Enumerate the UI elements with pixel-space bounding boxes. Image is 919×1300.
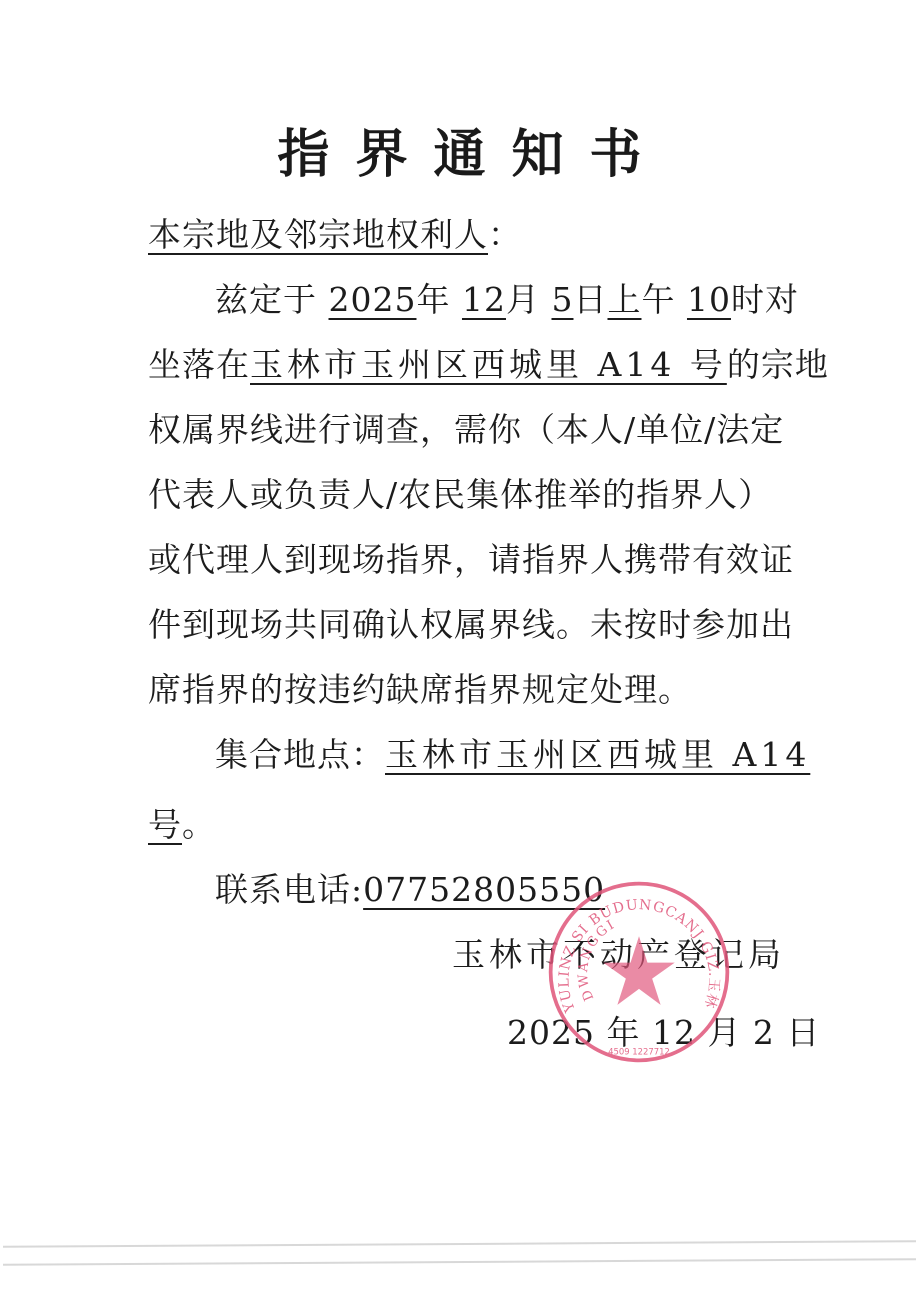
schedule-day: 5 [551,280,573,319]
meeting-place-line: 集合地点：玉林市玉州区西城里 A14 [215,735,810,775]
meeting-place-value: 玉林市玉州区西城里 A14 [385,735,810,774]
contact-phone: 07752805550 [363,870,605,909]
addressee-line: 本宗地及邻宗地权利人： [148,215,522,255]
issuer: 玉林市不动产登记局 [452,935,785,975]
scan-edge-line-2 [3,1258,916,1266]
year-unit: 年 [416,280,450,319]
location-line: 坐落在玉林市玉州区西城里 A14 号的宗地 [148,345,829,385]
month-unit: 月 [506,280,540,319]
scan-edge-line-1 [3,1240,916,1248]
contact-line: 联系电话:07752805550 [215,870,605,910]
schedule-line: 兹定于 2025年 12月 5日上午 10时对 [215,280,799,320]
body-line-6: 件到现场共同确认权属界线。未按时参加出 [148,605,794,645]
meeting-place-line-2: 号。 [148,805,216,845]
period-suffix: 午 [641,280,675,319]
contact-label: 联系电话: [215,870,363,909]
document-title: 指界通知书 [0,112,919,187]
day-unit: 日 [573,280,607,319]
notice-page: 指界通知书 本宗地及邻宗地权利人： 兹定于 2025年 12月 5日上午 10时… [0,0,919,1300]
body-line-5: 或代理人到现场指界，请指界人携带有效证 [148,540,794,580]
schedule-period: 上 [607,280,641,319]
body-line-3: 权属界线进行调查，需你（本人/单位/法定 [148,410,784,450]
schedule-year: 2025 [329,280,417,319]
addressee: 本宗地及邻宗地权利人 [148,215,488,254]
schedule-prefix: 兹定于 [215,280,317,319]
parcel-location: 玉林市玉州区西城里 A14 号 [250,345,727,384]
meeting-place-end: 。 [182,805,216,844]
location-prefix: 坐落在 [148,345,250,384]
hour-suffix: 时对 [731,280,799,319]
meeting-place-label: 集合地点： [215,735,385,774]
meeting-place-value-cont: 号 [148,805,182,844]
issue-date: 2025 年 12 月 2 日 [507,1013,820,1053]
schedule-hour: 10 [687,280,731,319]
addressee-colon: ： [488,215,522,254]
location-suffix: 的宗地 [727,345,829,384]
body-line-7: 席指界的按违约缺席指界规定处理。 [148,670,692,710]
body-line-4: 代表人或负责人/农民集体推举的指界人） [148,475,772,515]
schedule-month: 12 [462,280,506,319]
